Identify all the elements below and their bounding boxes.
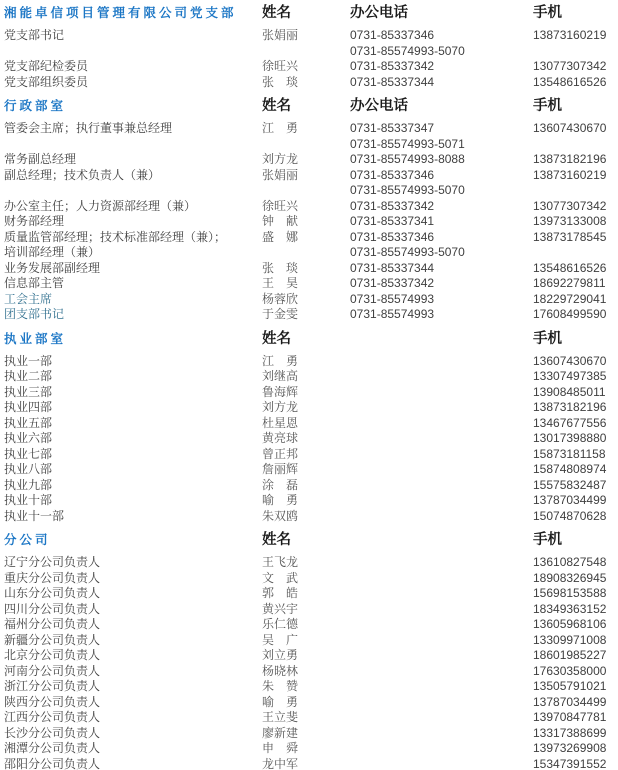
row-title-line: 北京分公司负责人 <box>4 648 262 664</box>
row-title: 浙江分公司负责人 <box>4 679 262 695</box>
column-header-office: 办公电话 <box>350 97 533 116</box>
row-mobile-phone: 13970847781 <box>533 710 618 726</box>
row-office-phone: 0731-85337342 <box>350 276 533 292</box>
contact-row: 河南分公司负责人杨晓林17630358000 <box>4 664 618 680</box>
row-title: 执业一部 <box>4 354 262 370</box>
office-phone-line: 0731-85337346 <box>350 168 533 184</box>
row-title: 管委会主席；执行董事兼总经理 <box>4 121 262 137</box>
row-name: 于金雯 <box>262 307 350 323</box>
row-name: 盛 娜 <box>262 230 350 246</box>
row-office-phone: 0731-85574993 <box>350 292 533 308</box>
row-mobile-phone: 13873160219 <box>533 168 618 184</box>
row-title: 执业二部 <box>4 369 262 385</box>
row-title: 党支部书记 <box>4 28 262 44</box>
row-mobile-phone: 13973269908 <box>533 741 618 757</box>
row-name: 鲁海辉 <box>262 385 350 401</box>
row-title: 江西分公司负责人 <box>4 710 262 726</box>
row-title: 长沙分公司负责人 <box>4 726 262 742</box>
office-phone-line: 0731-85574993-5070 <box>350 44 533 60</box>
row-title: 信息部主管 <box>4 276 262 292</box>
contact-row: 湘潭分公司负责人申 舜13973269908 <box>4 741 618 757</box>
row-mobile-phone: 13873160219 <box>533 28 618 44</box>
row-office-phone: 0731-85574993 <box>350 307 533 323</box>
row-title-line: 执业二部 <box>4 369 262 385</box>
contact-row: 信息部主管王 昊0731-8533734218692279811 <box>4 276 618 292</box>
row-office-phone: 0731-85337342 <box>350 199 533 215</box>
row-title-line: 执业十一部 <box>4 509 262 525</box>
contact-row: 江西分公司负责人王立斐13970847781 <box>4 710 618 726</box>
office-phone-line: 0731-85574993-5070 <box>350 245 533 261</box>
row-title-line: 湘潭分公司负责人 <box>4 741 262 757</box>
row-title: 执业五部 <box>4 416 262 432</box>
row-title: 党支部组织委员 <box>4 75 262 91</box>
office-phone-line: 0731-85574993 <box>350 292 533 308</box>
column-header-mobile: 手机 <box>533 531 618 550</box>
contact-row: 质量监管部经理；技术标准部经理（兼）；培训部经理（兼）盛 娜0731-85337… <box>4 230 618 261</box>
row-title-line: 四川分公司负责人 <box>4 602 262 618</box>
row-title: 副总经理；技术负责人（兼） <box>4 168 262 184</box>
office-phone-line: 0731-85574993-5070 <box>350 183 533 199</box>
section-title: 行政部室 <box>4 97 262 116</box>
row-title-line: 重庆分公司负责人 <box>4 571 262 587</box>
contact-row: 执业十部喻 勇13787034499 <box>4 493 618 509</box>
contact-row: 浙江分公司负责人朱 赞13505791021 <box>4 679 618 695</box>
row-office-phone: 0731-85574993-8088 <box>350 152 533 168</box>
row-mobile-phone: 13505791021 <box>533 679 618 695</box>
row-title-line: 党支部组织委员 <box>4 75 262 91</box>
office-phone-line: 0731-85337344 <box>350 261 533 277</box>
contact-row: 执业十一部朱双鸥15074870628 <box>4 509 618 525</box>
row-title-line: 河南分公司负责人 <box>4 664 262 680</box>
contact-row: 业务发展部副经理张 琰0731-8533734413548616526 <box>4 261 618 277</box>
section-2: 执业部室姓名手机执业一部江 勇13607430670执业二部刘继高1330749… <box>4 330 618 525</box>
row-title-line: 办公室主任；人力资源部经理（兼） <box>4 199 262 215</box>
row-name: 廖新建 <box>262 726 350 742</box>
row-name: 杨蓉欣 <box>262 292 350 308</box>
row-mobile-phone: 15698153588 <box>533 586 618 602</box>
row-mobile-phone: 13787034499 <box>533 493 618 509</box>
row-title-line: 常务副总经理 <box>4 152 262 168</box>
row-title-line: 副总经理；技术负责人（兼） <box>4 168 262 184</box>
row-name: 乐仁德 <box>262 617 350 633</box>
contact-row: 执业三部鲁海辉13908485011 <box>4 385 618 401</box>
contact-row: 执业九部涂 磊15575832487 <box>4 478 618 494</box>
row-name: 王立斐 <box>262 710 350 726</box>
office-phone-line: 0731-85574993 <box>350 307 533 323</box>
row-title: 河南分公司负责人 <box>4 664 262 680</box>
office-phone-line: 0731-85574993-8088 <box>350 152 533 168</box>
row-name: 龙中军 <box>262 757 350 770</box>
row-name: 刘方龙 <box>262 152 350 168</box>
row-title: 常务副总经理 <box>4 152 262 168</box>
row-title-line: 执业九部 <box>4 478 262 494</box>
row-title: 北京分公司负责人 <box>4 648 262 664</box>
row-mobile-phone: 13873182196 <box>533 400 618 416</box>
row-name: 喻 勇 <box>262 695 350 711</box>
row-title-line: 质量监管部经理；技术标准部经理（兼）； <box>4 230 262 246</box>
row-name: 徐旺兴 <box>262 199 350 215</box>
row-name: 王 昊 <box>262 276 350 292</box>
sections: 湘能卓信项目管理有限公司党支部姓名办公电话手机党支部书记张娟丽0731-8533… <box>4 4 618 770</box>
row-name: 涂 磊 <box>262 478 350 494</box>
row-title-line: 执业七部 <box>4 447 262 463</box>
row-name: 詹丽辉 <box>262 462 350 478</box>
office-phone-line: 0731-85337347 <box>350 121 533 137</box>
contact-row: 副总经理；技术负责人（兼）张娟丽0731-853373460731-855749… <box>4 168 618 199</box>
row-mobile-phone: 13077307342 <box>533 199 618 215</box>
section-3: 分公司姓名手机辽宁分公司负责人王飞龙13610827548重庆分公司负责人文 武… <box>4 531 618 770</box>
row-title: 办公室主任；人力资源部经理（兼） <box>4 199 262 215</box>
column-header-mobile: 手机 <box>533 4 618 23</box>
row-name: 张娟丽 <box>262 168 350 184</box>
row-office-phone: 0731-853373470731-85574993-5071 <box>350 121 533 152</box>
contact-row: 常务副总经理刘方龙0731-85574993-808813873182196 <box>4 152 618 168</box>
row-title-line: 邵阳分公司负责人 <box>4 757 262 770</box>
row-name: 江 勇 <box>262 354 350 370</box>
column-header-name: 姓名 <box>262 330 350 349</box>
office-phone-line: 0731-85337342 <box>350 59 533 75</box>
row-office-phone: 0731-853373460731-85574993-5070 <box>350 28 533 59</box>
row-mobile-phone: 18692279811 <box>533 276 618 292</box>
row-mobile-phone: 13787034499 <box>533 695 618 711</box>
contact-row: 执业四部刘方龙13873182196 <box>4 400 618 416</box>
row-title-line: 陕西分公司负责人 <box>4 695 262 711</box>
contact-row: 党支部组织委员张 琰0731-8533734413548616526 <box>4 75 618 91</box>
section-header-row: 湘能卓信项目管理有限公司党支部姓名办公电话手机 <box>4 4 618 23</box>
section-header-row: 执业部室姓名手机 <box>4 330 618 349</box>
row-title-line: 长沙分公司负责人 <box>4 726 262 742</box>
section-title: 执业部室 <box>4 330 262 349</box>
row-title: 质量监管部经理；技术标准部经理（兼）；培训部经理（兼） <box>4 230 262 261</box>
row-title: 业务发展部副经理 <box>4 261 262 277</box>
row-office-phone: 0731-853373460731-85574993-5070 <box>350 168 533 199</box>
contact-row: 福州分公司负责人乐仁德13605968106 <box>4 617 618 633</box>
contact-row: 办公室主任；人力资源部经理（兼）徐旺兴0731-8533734213077307… <box>4 199 618 215</box>
contact-row: 山东分公司负责人郭 皓15698153588 <box>4 586 618 602</box>
row-name: 刘方龙 <box>262 400 350 416</box>
row-name: 喻 勇 <box>262 493 350 509</box>
row-name: 张娟丽 <box>262 28 350 44</box>
row-title-line: 执业三部 <box>4 385 262 401</box>
row-name: 杜星恩 <box>262 416 350 432</box>
row-mobile-phone: 13017398880 <box>533 431 618 447</box>
row-title-line: 执业一部 <box>4 354 262 370</box>
row-name: 江 勇 <box>262 121 350 137</box>
row-mobile-phone: 13309971008 <box>533 633 618 649</box>
row-title: 执业十一部 <box>4 509 262 525</box>
row-mobile-phone: 15874808974 <box>533 462 618 478</box>
row-title-line: 业务发展部副经理 <box>4 261 262 277</box>
row-title-line: 福州分公司负责人 <box>4 617 262 633</box>
row-name: 杨晓林 <box>262 664 350 680</box>
contact-row: 团支部书记于金雯0731-8557499317608499590 <box>4 307 618 323</box>
row-name: 钟 献 <box>262 214 350 230</box>
row-title-line: 执业六部 <box>4 431 262 447</box>
contact-row: 邵阳分公司负责人龙中军15347391552 <box>4 757 618 770</box>
column-header-office: 办公电话 <box>350 4 533 23</box>
row-title: 重庆分公司负责人 <box>4 571 262 587</box>
contact-row: 辽宁分公司负责人王飞龙13610827548 <box>4 555 618 571</box>
contact-directory-page: 湘能卓信项目管理有限公司党支部姓名办公电话手机党支部书记张娟丽0731-8533… <box>0 0 618 770</box>
row-title-line: 团支部书记 <box>4 307 262 323</box>
row-mobile-phone: 13607430670 <box>533 121 618 137</box>
row-mobile-phone: 13873178545 <box>533 230 618 246</box>
section-header-row: 分公司姓名手机 <box>4 531 618 550</box>
row-title: 湘潭分公司负责人 <box>4 741 262 757</box>
row-title-line: 财务部经理 <box>4 214 262 230</box>
row-mobile-phone: 13973133008 <box>533 214 618 230</box>
section-1: 行政部室姓名办公电话手机管委会主席；执行董事兼总经理江 勇0731-853373… <box>4 97 618 323</box>
row-title-line: 浙江分公司负责人 <box>4 679 262 695</box>
row-name: 刘继高 <box>262 369 350 385</box>
row-title-line: 管委会主席；执行董事兼总经理 <box>4 121 262 137</box>
contact-row: 党支部纪检委员徐旺兴0731-8533734213077307342 <box>4 59 618 75</box>
row-mobile-phone: 13605968106 <box>533 617 618 633</box>
office-phone-line: 0731-85337342 <box>350 276 533 292</box>
row-title: 财务部经理 <box>4 214 262 230</box>
row-title-line: 执业十部 <box>4 493 262 509</box>
row-name: 王飞龙 <box>262 555 350 571</box>
row-title: 福州分公司负责人 <box>4 617 262 633</box>
row-mobile-phone: 13548616526 <box>533 261 618 277</box>
row-title: 党支部纪检委员 <box>4 59 262 75</box>
row-name: 申 舜 <box>262 741 350 757</box>
row-title: 执业四部 <box>4 400 262 416</box>
contact-row: 执业一部江 勇13607430670 <box>4 354 618 370</box>
contact-row: 工会主席杨蓉欣0731-8557499318229729041 <box>4 292 618 308</box>
row-name: 张 琰 <box>262 261 350 277</box>
row-name: 刘立勇 <box>262 648 350 664</box>
row-title: 执业三部 <box>4 385 262 401</box>
row-title-line: 培训部经理（兼） <box>4 245 262 261</box>
row-title-line: 党支部纪检委员 <box>4 59 262 75</box>
row-office-phone: 0731-85337344 <box>350 261 533 277</box>
office-phone-line: 0731-85574993-5071 <box>350 137 533 153</box>
row-mobile-phone: 13610827548 <box>533 555 618 571</box>
row-mobile-phone: 18601985227 <box>533 648 618 664</box>
row-title: 执业七部 <box>4 447 262 463</box>
row-name: 黄兴宇 <box>262 602 350 618</box>
column-header-name: 姓名 <box>262 4 350 23</box>
row-mobile-phone: 13317388699 <box>533 726 618 742</box>
row-mobile-phone: 15575832487 <box>533 478 618 494</box>
row-office-phone: 0731-853373460731-85574993-5070 <box>350 230 533 261</box>
row-mobile-phone: 13307497385 <box>533 369 618 385</box>
section-title: 湘能卓信项目管理有限公司党支部 <box>4 4 262 23</box>
section-header-row: 行政部室姓名办公电话手机 <box>4 97 618 116</box>
row-title: 执业六部 <box>4 431 262 447</box>
row-mobile-phone: 13607430670 <box>533 354 618 370</box>
contact-row: 执业六部黄亮球13017398880 <box>4 431 618 447</box>
contact-row: 陕西分公司负责人喻 勇13787034499 <box>4 695 618 711</box>
contact-row: 财务部经理钟 献0731-8533734113973133008 <box>4 214 618 230</box>
section-title: 分公司 <box>4 531 262 550</box>
row-name: 朱 赞 <box>262 679 350 695</box>
row-title: 陕西分公司负责人 <box>4 695 262 711</box>
row-mobile-phone: 17608499590 <box>533 307 618 323</box>
row-name: 徐旺兴 <box>262 59 350 75</box>
office-phone-line: 0731-85337341 <box>350 214 533 230</box>
contact-row: 执业二部刘继高13307497385 <box>4 369 618 385</box>
row-mobile-phone: 18349363152 <box>533 602 618 618</box>
row-office-phone: 0731-85337342 <box>350 59 533 75</box>
row-title: 辽宁分公司负责人 <box>4 555 262 571</box>
row-name: 郭 皓 <box>262 586 350 602</box>
row-title: 工会主席 <box>4 292 262 308</box>
row-name: 黄亮球 <box>262 431 350 447</box>
row-title-line: 党支部书记 <box>4 28 262 44</box>
row-title-line: 信息部主管 <box>4 276 262 292</box>
contact-row: 重庆分公司负责人文 武18908326945 <box>4 571 618 587</box>
contact-row: 管委会主席；执行董事兼总经理江 勇0731-853373470731-85574… <box>4 121 618 152</box>
office-phone-line: 0731-85337346 <box>350 230 533 246</box>
row-mobile-phone: 15074870628 <box>533 509 618 525</box>
contact-row: 党支部书记张娟丽0731-853373460731-85574993-50701… <box>4 28 618 59</box>
row-title-line: 执业八部 <box>4 462 262 478</box>
row-title-line: 江西分公司负责人 <box>4 710 262 726</box>
contact-row: 北京分公司负责人刘立勇18601985227 <box>4 648 618 664</box>
row-mobile-phone: 17630358000 <box>533 664 618 680</box>
row-title-line: 山东分公司负责人 <box>4 586 262 602</box>
row-title: 新疆分公司负责人 <box>4 633 262 649</box>
row-office-phone: 0731-85337341 <box>350 214 533 230</box>
column-header-mobile: 手机 <box>533 330 618 349</box>
column-header-mobile: 手机 <box>533 97 618 116</box>
row-mobile-phone: 15347391552 <box>533 757 618 770</box>
row-title: 执业九部 <box>4 478 262 494</box>
row-mobile-phone: 13873182196 <box>533 152 618 168</box>
row-name: 张 琰 <box>262 75 350 91</box>
row-title-line: 辽宁分公司负责人 <box>4 555 262 571</box>
column-header-name: 姓名 <box>262 97 350 116</box>
row-name: 朱双鸥 <box>262 509 350 525</box>
contact-row: 新疆分公司负责人吴 广13309971008 <box>4 633 618 649</box>
row-mobile-phone: 18908326945 <box>533 571 618 587</box>
row-title: 四川分公司负责人 <box>4 602 262 618</box>
row-mobile-phone: 13548616526 <box>533 75 618 91</box>
row-title-line: 工会主席 <box>4 292 262 308</box>
row-mobile-phone: 13467677556 <box>533 416 618 432</box>
row-title: 团支部书记 <box>4 307 262 323</box>
section-0: 湘能卓信项目管理有限公司党支部姓名办公电话手机党支部书记张娟丽0731-8533… <box>4 4 618 90</box>
column-header-name: 姓名 <box>262 531 350 550</box>
office-phone-line: 0731-85337342 <box>350 199 533 215</box>
row-title: 山东分公司负责人 <box>4 586 262 602</box>
row-mobile-phone: 15873181158 <box>533 447 618 463</box>
contact-row: 四川分公司负责人黄兴宇18349363152 <box>4 602 618 618</box>
row-office-phone: 0731-85337344 <box>350 75 533 91</box>
contact-row: 执业七部曾正邦15873181158 <box>4 447 618 463</box>
contact-row: 执业五部杜星恩13467677556 <box>4 416 618 432</box>
row-title-line: 新疆分公司负责人 <box>4 633 262 649</box>
row-mobile-phone: 13908485011 <box>533 385 618 401</box>
contact-row: 执业八部詹丽辉15874808974 <box>4 462 618 478</box>
row-title: 执业十部 <box>4 493 262 509</box>
row-title-line: 执业四部 <box>4 400 262 416</box>
row-name: 吴 广 <box>262 633 350 649</box>
row-mobile-phone: 18229729041 <box>533 292 618 308</box>
row-title: 执业八部 <box>4 462 262 478</box>
row-title-line: 执业五部 <box>4 416 262 432</box>
row-mobile-phone: 13077307342 <box>533 59 618 75</box>
row-name: 曾正邦 <box>262 447 350 463</box>
office-phone-line: 0731-85337344 <box>350 75 533 91</box>
row-name: 文 武 <box>262 571 350 587</box>
contact-row: 长沙分公司负责人廖新建13317388699 <box>4 726 618 742</box>
office-phone-line: 0731-85337346 <box>350 28 533 44</box>
row-title: 邵阳分公司负责人 <box>4 757 262 770</box>
